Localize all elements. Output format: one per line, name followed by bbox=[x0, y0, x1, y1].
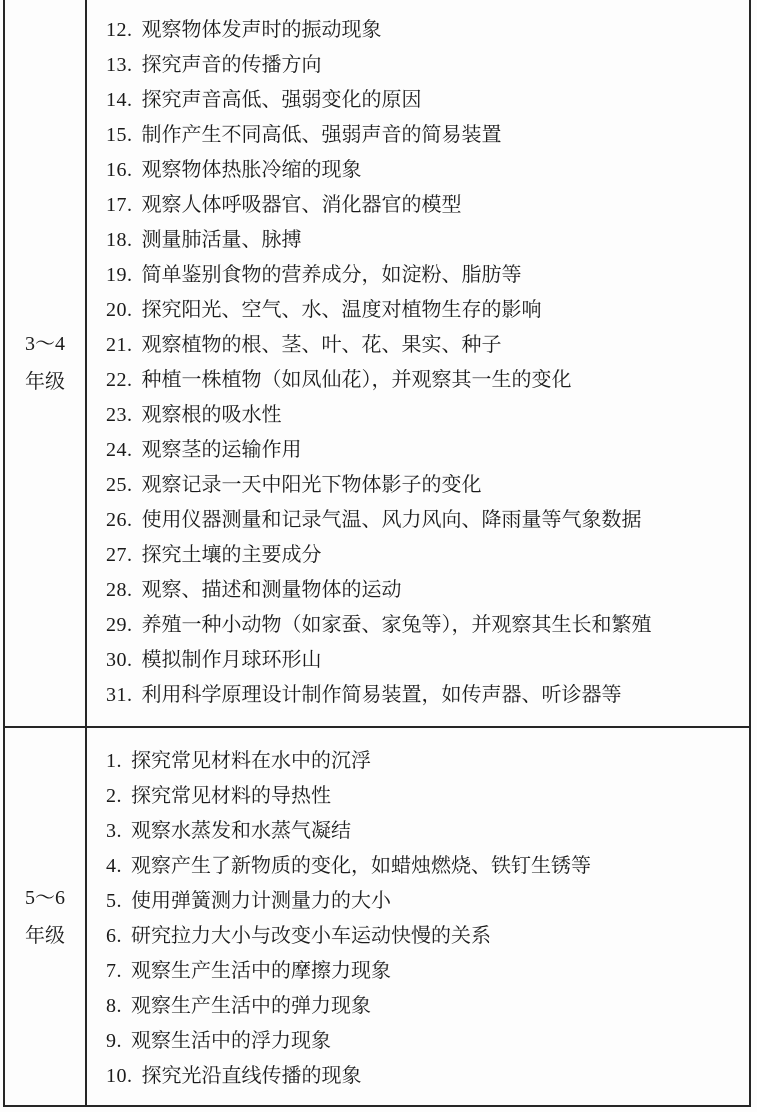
item-number: 31. bbox=[106, 678, 133, 713]
list-item: 19.简单鉴别食物的营养成分，如淀粉、脂肪等 bbox=[106, 258, 741, 293]
grade-cell: 5～6 年级 bbox=[5, 728, 87, 1105]
item-text: 观察物体发声时的振动现象 bbox=[142, 19, 382, 41]
item-number: 17. bbox=[106, 188, 133, 223]
items-cell: 1.探究常见材料在水中的沉浮 2.探究常见材料的导热性 3.观察水蒸发和水蒸气凝… bbox=[87, 728, 749, 1105]
list-item: 10.探究光沿直线传播的现象 bbox=[106, 1059, 741, 1094]
item-text: 观察生产生活中的弹力现象 bbox=[131, 995, 371, 1017]
item-text: 观察水蒸发和水蒸气凝结 bbox=[131, 820, 351, 842]
list-item: 7.观察生产生活中的摩擦力现象 bbox=[106, 954, 741, 989]
list-item: 12.观察物体发声时的振动现象 bbox=[106, 13, 741, 48]
grade-cell: 3～4 年级 bbox=[5, 0, 87, 726]
item-text: 探究声音的传播方向 bbox=[142, 54, 322, 76]
item-text: 观察、描述和测量物体的运动 bbox=[142, 579, 402, 601]
item-text: 观察生活中的浮力现象 bbox=[131, 1030, 331, 1052]
list-item: 31.利用科学原理设计制作简易装置，如传声器、听诊器等 bbox=[106, 678, 741, 713]
item-text: 探究常见材料在水中的沉浮 bbox=[131, 750, 371, 772]
item-text: 使用弹簧测力计测量力的大小 bbox=[131, 890, 391, 912]
list-item: 25.观察记录一天中阳光下物体影子的变化 bbox=[106, 468, 741, 503]
item-number: 26. bbox=[106, 503, 133, 538]
list-item: 26.使用仪器测量和记录气温、风力风向、降雨量等气象数据 bbox=[106, 503, 741, 538]
grade-label: 年级 bbox=[25, 917, 65, 955]
item-number: 28. bbox=[106, 573, 133, 608]
item-number: 14. bbox=[106, 83, 133, 118]
item-number: 13. bbox=[106, 48, 133, 83]
item-text: 观察根的吸水性 bbox=[142, 404, 282, 426]
list-item: 4.观察产生了新物质的变化，如蜡烛燃烧、铁钉生锈等 bbox=[106, 849, 741, 884]
item-number: 4. bbox=[106, 849, 122, 884]
scanned-page: { "page": { "background": "#fdfdfd", "te… bbox=[0, 0, 757, 1112]
item-number: 19. bbox=[106, 258, 133, 293]
item-text: 观察记录一天中阳光下物体影子的变化 bbox=[142, 474, 482, 496]
table-row: 3～4 年级 12.观察物体发声时的振动现象 13.探究声音的传播方向 14.探… bbox=[5, 0, 749, 726]
item-text: 简单鉴别食物的营养成分，如淀粉、脂肪等 bbox=[142, 264, 522, 286]
list-item: 28.观察、描述和测量物体的运动 bbox=[106, 573, 741, 608]
list-item: 5.使用弹簧测力计测量力的大小 bbox=[106, 884, 741, 919]
list-item: 8.观察生产生活中的弹力现象 bbox=[106, 989, 741, 1024]
list-item: 22.种植一株植物（如凤仙花），并观察其一生的变化 bbox=[106, 363, 741, 398]
list-item: 20.探究阳光、空气、水、温度对植物生存的影响 bbox=[106, 293, 741, 328]
item-text: 探究土壤的主要成分 bbox=[142, 544, 322, 566]
item-text: 探究声音高低、强弱变化的原因 bbox=[142, 89, 422, 111]
item-number: 2. bbox=[106, 779, 122, 814]
item-number: 24. bbox=[106, 433, 133, 468]
item-number: 16. bbox=[106, 153, 133, 188]
item-number: 21. bbox=[106, 328, 133, 363]
item-text: 测量肺活量、脉搏 bbox=[142, 229, 302, 251]
item-text: 制作产生不同高低、强弱声音的简易装置 bbox=[142, 124, 502, 146]
item-text: 养殖一种小动物（如家蚕、家兔等），并观察其生长和繁殖 bbox=[142, 614, 652, 636]
list-item: 16.观察物体热胀冷缩的现象 bbox=[106, 153, 741, 188]
item-number: 22. bbox=[106, 363, 133, 398]
item-text: 探究阳光、空气、水、温度对植物生存的影响 bbox=[142, 299, 542, 321]
item-number: 23. bbox=[106, 398, 133, 433]
items-cell: 12.观察物体发声时的振动现象 13.探究声音的传播方向 14.探究声音高低、强… bbox=[87, 0, 749, 726]
item-number: 30. bbox=[106, 643, 133, 678]
list-item: 9.观察生活中的浮力现象 bbox=[106, 1024, 741, 1059]
item-text: 观察产生了新物质的变化，如蜡烛燃烧、铁钉生锈等 bbox=[131, 855, 591, 877]
item-text: 研究拉力大小与改变小车运动快慢的关系 bbox=[131, 925, 491, 947]
list-item: 29.养殖一种小动物（如家蚕、家兔等），并观察其生长和繁殖 bbox=[106, 608, 741, 643]
item-text: 探究光沿直线传播的现象 bbox=[142, 1065, 362, 1087]
item-text: 使用仪器测量和记录气温、风力风向、降雨量等气象数据 bbox=[142, 509, 642, 531]
item-number: 6. bbox=[106, 919, 122, 954]
list-item: 3.观察水蒸发和水蒸气凝结 bbox=[106, 814, 741, 849]
grade-label: 年级 bbox=[25, 363, 65, 401]
list-item: 23.观察根的吸水性 bbox=[106, 398, 741, 433]
item-number: 8. bbox=[106, 989, 122, 1024]
list-item: 14.探究声音高低、强弱变化的原因 bbox=[106, 83, 741, 118]
item-number: 5. bbox=[106, 884, 122, 919]
list-item: 1.探究常见材料在水中的沉浮 bbox=[106, 744, 741, 779]
list-item: 18.测量肺活量、脉搏 bbox=[106, 223, 741, 258]
item-number: 12. bbox=[106, 13, 133, 48]
item-number: 27. bbox=[106, 538, 133, 573]
list-item: 24.观察茎的运输作用 bbox=[106, 433, 741, 468]
item-text: 观察植物的根、茎、叶、花、果实、种子 bbox=[142, 334, 502, 356]
activities-table: 3～4 年级 12.观察物体发声时的振动现象 13.探究声音的传播方向 14.探… bbox=[3, 0, 751, 1107]
list-item: 17.观察人体呼吸器官、消化器官的模型 bbox=[106, 188, 741, 223]
item-text: 观察茎的运输作用 bbox=[142, 439, 302, 461]
list-item: 15.制作产生不同高低、强弱声音的简易装置 bbox=[106, 118, 741, 153]
list-item: 13.探究声音的传播方向 bbox=[106, 48, 741, 83]
item-number: 7. bbox=[106, 954, 122, 989]
item-number: 3. bbox=[106, 814, 122, 849]
item-number: 15. bbox=[106, 118, 133, 153]
item-text: 观察生产生活中的摩擦力现象 bbox=[131, 960, 391, 982]
grade-label: 5～6 bbox=[25, 879, 65, 917]
grade-label: 3～4 bbox=[25, 325, 65, 363]
item-text: 观察人体呼吸器官、消化器官的模型 bbox=[142, 194, 462, 216]
item-text: 探究常见材料的导热性 bbox=[131, 785, 331, 807]
item-text: 观察物体热胀冷缩的现象 bbox=[142, 159, 362, 181]
item-number: 1. bbox=[106, 744, 122, 779]
list-item: 2.探究常见材料的导热性 bbox=[106, 779, 741, 814]
item-text: 模拟制作月球环形山 bbox=[142, 649, 322, 671]
item-number: 25. bbox=[106, 468, 133, 503]
item-number: 9. bbox=[106, 1024, 122, 1059]
item-number: 10. bbox=[106, 1059, 133, 1094]
item-number: 29. bbox=[106, 608, 133, 643]
table-row: 5～6 年级 1.探究常见材料在水中的沉浮 2.探究常见材料的导热性 3.观察水… bbox=[5, 726, 749, 1105]
list-item: 27.探究土壤的主要成分 bbox=[106, 538, 741, 573]
item-number: 18. bbox=[106, 223, 133, 258]
item-text: 利用科学原理设计制作简易装置，如传声器、听诊器等 bbox=[142, 684, 622, 706]
item-text: 种植一株植物（如凤仙花），并观察其一生的变化 bbox=[142, 369, 572, 391]
item-number: 20. bbox=[106, 293, 133, 328]
list-item: 21.观察植物的根、茎、叶、花、果实、种子 bbox=[106, 328, 741, 363]
list-item: 6.研究拉力大小与改变小车运动快慢的关系 bbox=[106, 919, 741, 954]
list-item: 30.模拟制作月球环形山 bbox=[106, 643, 741, 678]
